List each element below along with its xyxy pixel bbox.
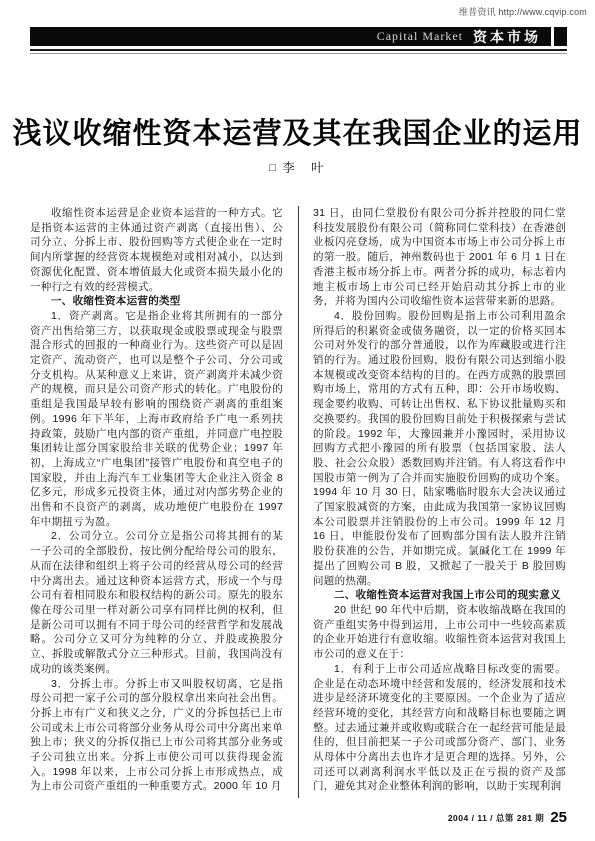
paragraph-intro: 收缩性资本运营是企业资本运营的一种方式。它是指资本运营的主体通过资产剥离（直接出… [30,206,283,294]
page-number: 25 [550,809,567,826]
header-bar-end-block [554,27,567,46]
article-title: 浅议收缩性资本运营及其在我国企业的运用 [0,111,595,152]
paragraph-carve-out-continued: 31 日，由同仁堂股份有限公司分拆并控股的同仁堂科技发展股份有限公司（简称同仁堂… [313,206,566,309]
section-heading-2: 二、收缩性资本运营对我国上市公司的现实意义 [313,588,566,603]
left-column: 收缩性资本运营是企业资本运营的一种方式。它是指资本运营的主体通过资产剥离（直接出… [30,206,283,798]
section-name-english: Capital Market [377,29,463,44]
paragraph-company-spinoff: 2．公司分立。公司分立是指公司将其拥有的某一子公司的全部股份，按比例分配给母公司… [30,529,283,676]
cqvip-watermark: 维普资讯 http://www.cqvip.com [459,5,587,18]
header-rule-thick [30,49,567,51]
author-marker-icon: □ [269,162,278,174]
article-body: 收缩性资本运营是企业资本运营的一种方式。它是指资本运营的主体通过资产剥离（直接出… [30,206,567,798]
page-footer: 2004 / 11 / 总第 281 期 25 [448,809,567,826]
column-divider [298,206,299,798]
author-name: 李 叶 [282,161,326,175]
paragraph-share-buyback: 4．股份回购。股份回购是指上市公司利用盈余所得后的积累资金或债务融资，以一定的价… [313,309,566,588]
section-header-bar: Capital Market 资本市场 [30,27,567,46]
paragraph-significance-point1: 1．有利于上市公司适应战略目标改变的需要。企业是在动态环境中经营和发展的，经济发… [313,662,566,794]
paragraph-carve-out: 3．分拆上市。分拆上市又叫股权切离，它是指母公司把一家子公司的部分股权拿出来向社… [30,677,283,795]
paragraph-significance-intro: 20 世纪 90 年代中后期，资本收缩战略在我国的资产重组实务中得到运用，上市公… [313,603,566,662]
journal-page: 维普资讯 http://www.cqvip.com Capital Market… [0,0,595,841]
section-heading-1: 一、收缩性资本运营的类型 [30,294,283,309]
section-header-bar-main: Capital Market 资本市场 [30,27,551,46]
issue-info: 2004 / 11 / 总第 281 期 [448,812,544,824]
paragraph-asset-divestiture: 1．资产剥离。它是指企业将其所拥有的一部分资产出售给第三方，以获取现金或股票或现… [30,309,283,530]
right-column: 31 日，由同仁堂股份有限公司分拆并控股的同仁堂科技发展股份有限公司（简称同仁堂… [313,206,566,798]
author-line: □李 叶 [0,158,595,176]
header-rule-thin [30,53,567,54]
section-name-chinese: 资本市场 [473,27,541,47]
